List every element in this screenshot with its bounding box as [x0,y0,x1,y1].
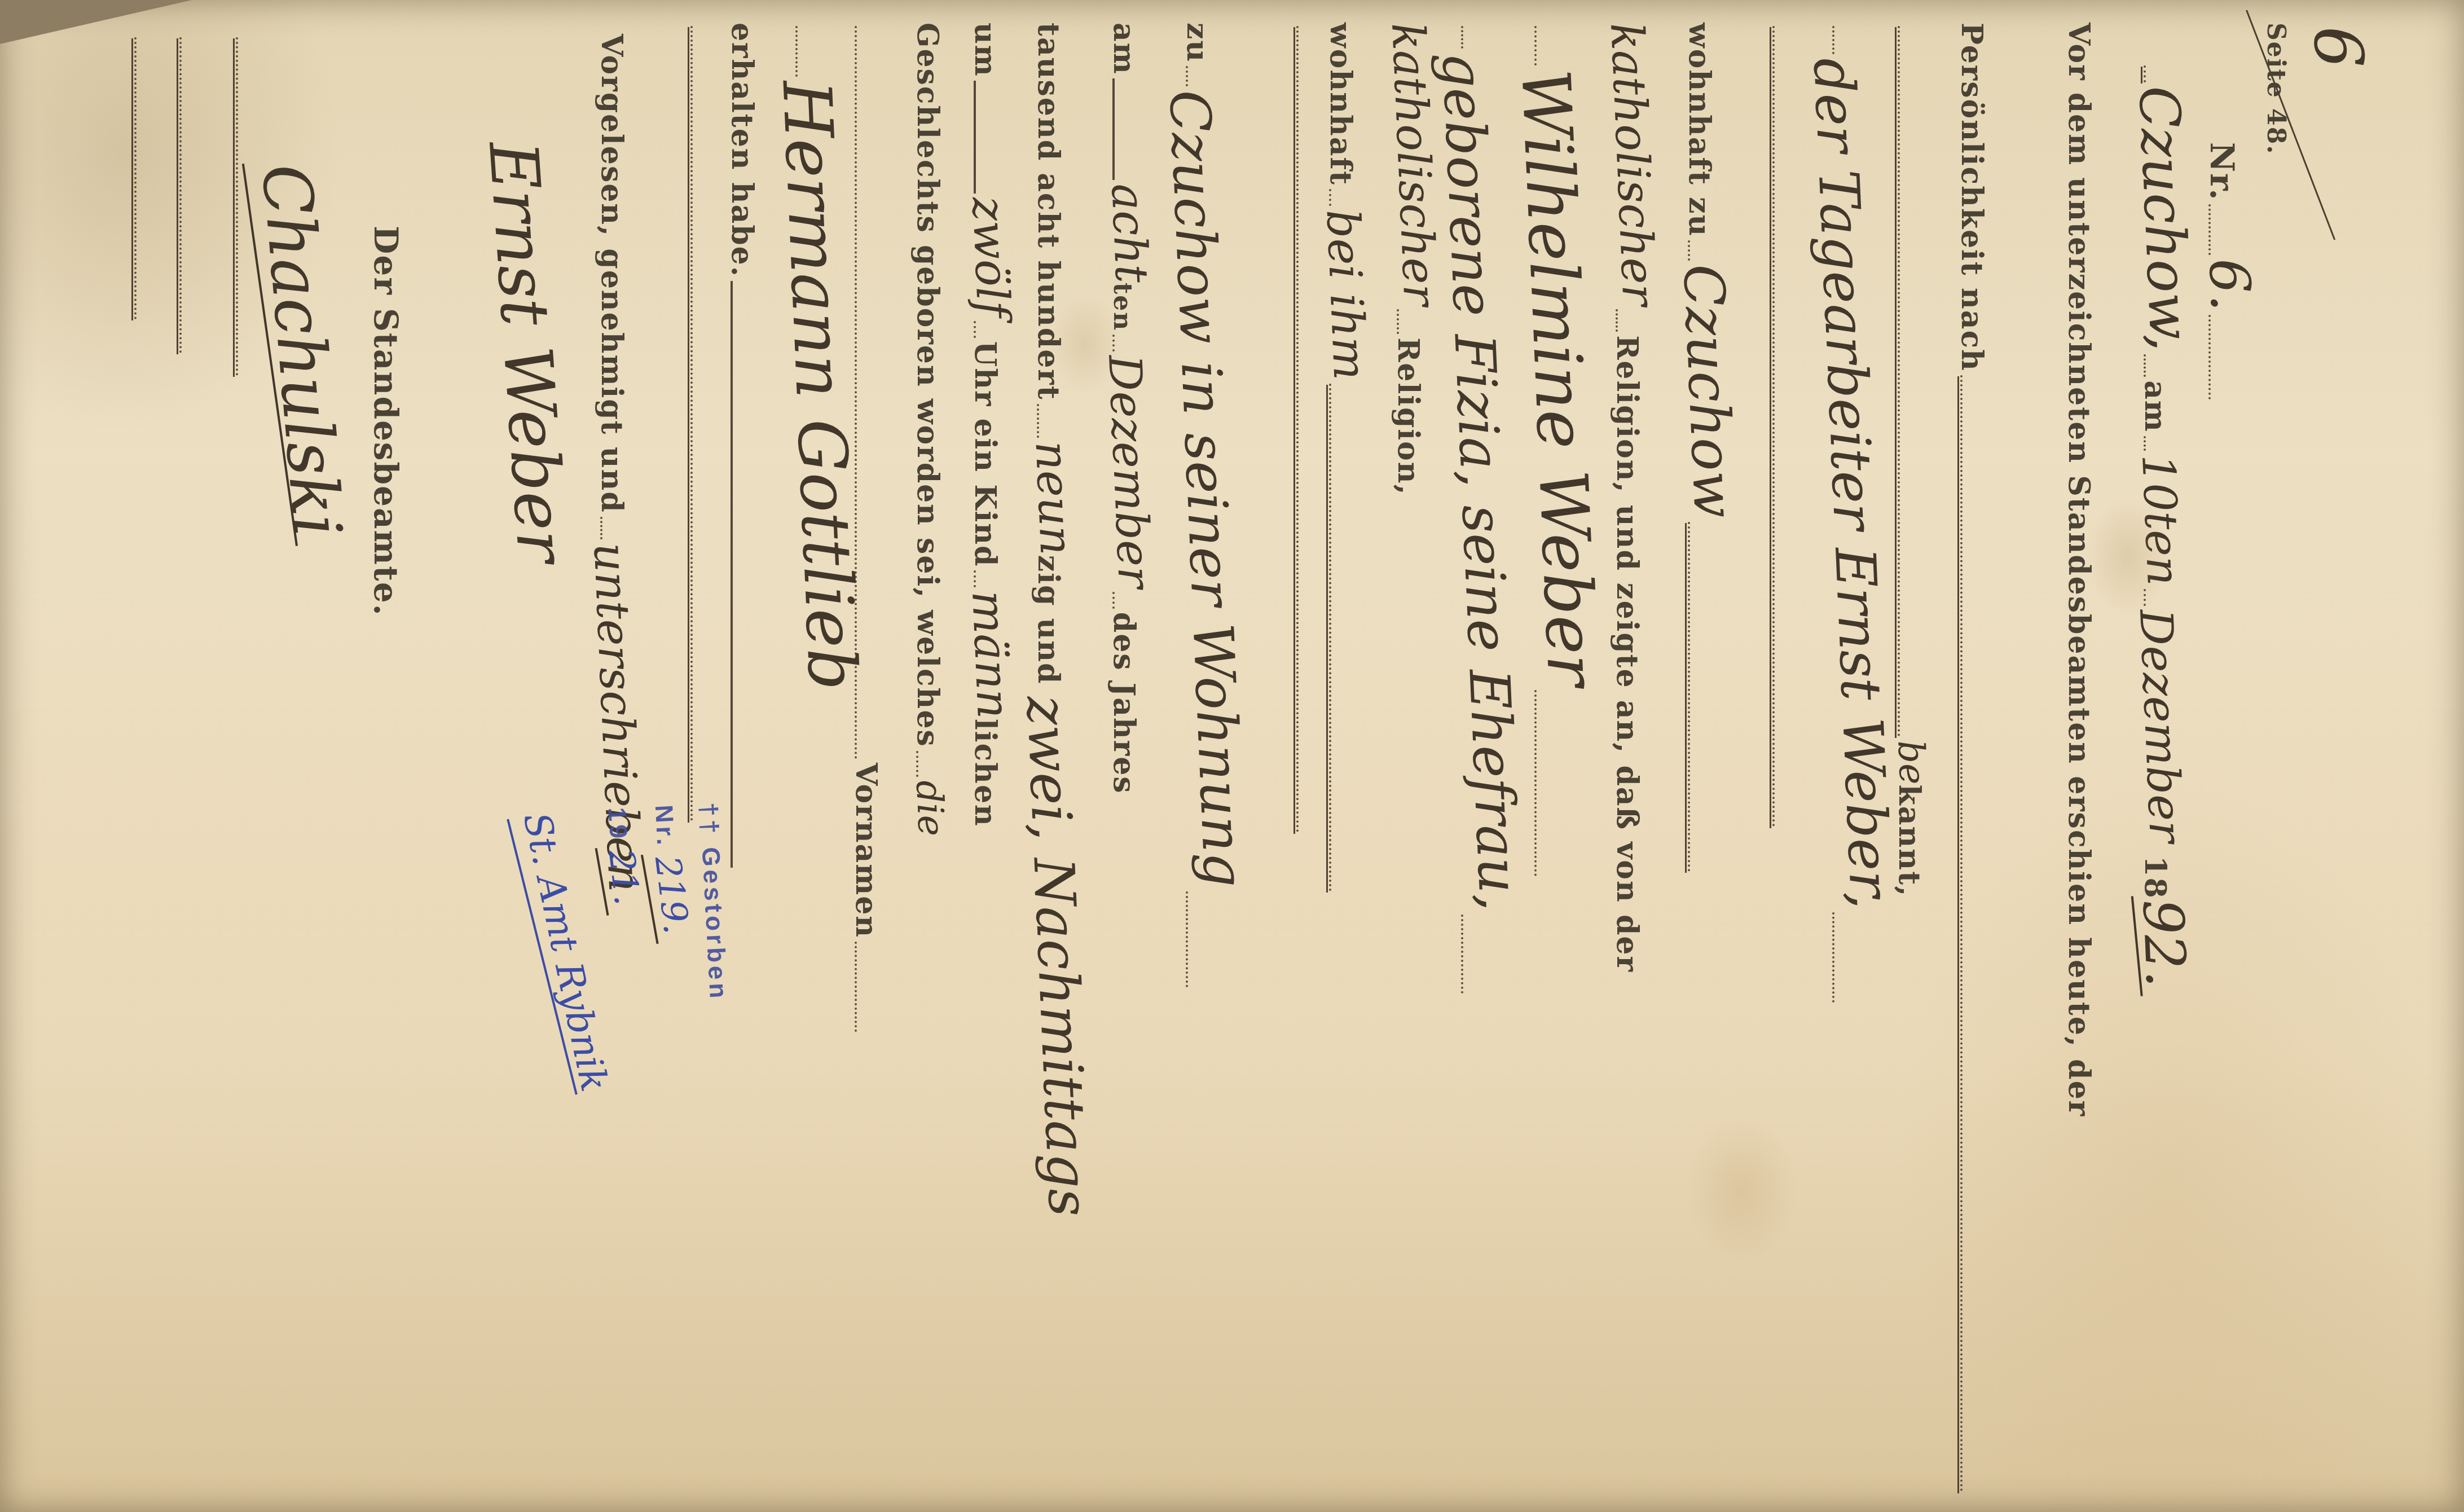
standesbeamte-line: Der Standesbeamte. [367,226,405,617]
stamp-nr-label: Nr. [649,804,680,849]
bekannt-line: be kannt, [1892,23,1927,897]
geschlechts-line: Geschlechts geboren worden sei, welches … [910,23,945,836]
bottom-rule-line-3 [129,34,137,323]
names-rule-lead [795,26,798,77]
beiihm-rule-2 [1329,384,1331,891]
declarant-hw: der Tagearbeiter Ernst Weber, [1808,57,1895,910]
declarant-signature-line: Ernst Weber [498,141,557,562]
desjahres-rule [1112,592,1115,609]
registrar-signature-line: Chachulski [272,164,332,537]
bottom-rule-3 [134,37,137,319]
birthday-hw: acht [1107,182,1152,283]
stamp-year-printed: 19 [602,807,632,842]
date-line: Czuchow, am 10ten Dezember 18 92. [2138,62,2189,987]
religion-line-2: katholischer Religion, [1391,23,1434,496]
intro-line-2: Persönlichkeit nach [1955,23,1989,1496]
tausend-label: tausend acht hundert [1031,23,1066,401]
bekannt-rule [1898,26,1900,737]
bottom-rule-line-2 [174,34,182,357]
birthmonth-hw: Dezember [1104,354,1155,589]
document-page: 6 Seite 48. Nr. 6. Czuchow, am 10ten Dez… [0,0,2464,1512]
geschlechts-label: Geschlechts geboren worden sei, welches [910,23,945,748]
birthmonth-rule [1112,335,1115,351]
hour-line: um zwölf Uhr ein Kind männ lichen [968,23,1011,827]
uhr-rule [974,321,976,338]
bekannt-hw: be [1894,740,1928,785]
religion2-printed: Religion, [1391,337,1425,496]
birthday-rule [1112,78,1115,180]
date-rule-3 [2144,589,2146,606]
nr-value: 6. [2203,258,2255,313]
month-hw: Dezember [2135,608,2186,843]
seite-label: Seite 48. [2261,23,2290,155]
residence-hw: Czuchow [1678,263,1739,520]
am-label: am [2138,380,2172,433]
blank-rule-2 [1296,26,1299,833]
erhalten-rule [731,281,733,868]
bottom-rule-line-1 [230,34,238,379]
nr-label: Nr. [2203,142,2241,201]
declarant-signature: Ernst Weber [483,139,572,564]
paper-stain [1686,1117,1798,1264]
hour-hw: zwölf [967,196,1013,318]
persoenlichkeit-label: Persönlichkeit nach [1955,23,1989,372]
religion1-printed: Religion, und zeigte an, daß von der [1610,335,1644,973]
scanned-register-page: 6 Seite 48. Nr. 6. Czuchow, am 10ten Dez… [0,0,2464,1512]
wohnhaft-bei-line: wohnhaft bei ihm [1323,23,1366,895]
child-names-line: Hermann Gottlieb [790,23,850,691]
article-rule [916,751,918,777]
date-rule-lead [2144,65,2146,82]
stamp-daggers-icon: †† [694,802,724,837]
des-jahres-label: des Jahres [1107,612,1141,794]
seite-line: Seite 48. [2261,23,2290,155]
uhr-ein-kind-label: Uhr ein Kind [968,341,1002,568]
city-hw: Czuchow, [2133,85,2195,352]
zu-label: zu [1180,23,1215,63]
hour-rule [974,81,976,194]
religion2-rule [1397,309,1399,334]
vornamen-rule-2 [855,942,857,1032]
standesbeamte-label: Der Standesbeamte. [367,226,405,617]
bottom-rule-1 [236,37,238,376]
stamp-year-value: 21. [601,847,648,907]
intro-text-1: Vor dem unterzeichneten Standesbeamten e… [2062,23,2096,1117]
residence-rule-2 [1688,522,1690,872]
ten-label: ten [1108,283,1137,331]
decade-hw: neun [1031,440,1077,556]
lichen-label: lichen [968,719,1002,827]
blank-line-2 [1291,23,1299,836]
birthplace-hw: Czuchow in seiner Wohnung [1164,89,1248,889]
nr-rule-tail [2208,315,2211,399]
declarant-rule-tail [1832,912,1834,1003]
corner-number-block: 6 [2308,26,2368,68]
residence-rule-1 [1688,240,1690,261]
nr-rule [2208,204,2211,255]
religion2-hw: katholischer [1387,22,1440,307]
birthplace-rule-2 [1186,891,1188,987]
blank-rule-1 [1772,26,1775,827]
declarant-line: der Tagearbeiter Ernst Weber, [1827,23,1876,1006]
religion1-hw: katholischer [1606,22,1659,307]
bei-ihm-hw: bei ihm [1322,209,1370,381]
residence-line: wohnhaft zu Czuchow [1682,23,1733,875]
wife-born-rule-tail [1461,915,1463,994]
erhalten-line: erhalten habe. [725,23,759,871]
birthdate-line: am acht ten Dezember des Jahres [1107,23,1150,794]
religion-line-1: katholischer Religion, und zeigte an, da… [1610,23,1653,973]
unterschrieben-rule [600,517,602,539]
gestorben-stamp: †† Gestorben Nr. 219. 19 21. St. Amt Ryb… [527,802,737,1095]
am2-label: am [1107,23,1141,75]
year-printed: 18 [2138,856,2172,899]
year-hw: 92. [2137,898,2190,988]
religion1-rule [1616,309,1618,332]
blank-line-3 [685,23,693,825]
beiihm-rule-1 [1329,189,1331,206]
vorgelesen-label: Vorgelesen, genehmigt und [595,34,629,513]
persoenlichkeit-rule [1960,375,1963,1492]
wife-name-hw: Wilhelmine Weber [1515,68,1602,687]
unit-hw: zwei, Nachmittags [1021,695,1093,1218]
bottom-rule-2 [179,37,182,353]
corner-number: 6 [2307,25,2369,70]
year-line: tausend acht hundert neun zig und zwei, … [1031,23,1082,1217]
decade-rule [1037,404,1039,438]
stamp-nr-value: 219. [647,854,697,936]
gender-rule [974,570,976,587]
wife-rule-lead [1534,26,1537,65]
birthplace-line: zu Czuchow in seiner Wohnung [1180,23,1231,991]
day-hw: 10ten [2137,453,2184,586]
erhalten-label: erhalten habe. [725,23,759,278]
nr-line: Nr. 6. [2203,142,2254,403]
blank-line-1 [1767,23,1775,830]
gender-hw: männ [967,590,1014,720]
wohnhaft-zu-label: wohnhaft zu [1682,23,1717,237]
article-hw: die [912,780,947,837]
vorgelesen-line: Vorgelesen, genehmigt und unterschrieben [595,34,637,892]
page-corner-fold [0,0,192,44]
um-label: um [968,23,1002,77]
zig-und-label: zig und [1031,555,1066,685]
wife-rule-tail [1534,690,1537,876]
vornamen-label: Vornamen [849,763,883,938]
date-rule-2 [2144,436,2146,451]
intro-line-1: Vor dem unterzeichneten Standesbeamten e… [2062,23,2096,1117]
wife-born-line: geborene Fizia, seine Ehefrau, [1455,23,1505,997]
birthplace-rule-1 [1186,66,1188,86]
wife-born-rule-lead [1461,26,1463,49]
date-rule-1 [2144,354,2146,377]
declarant-rule-lead [1832,26,1834,54]
wife-name-line: Wilhelmine Weber [1529,23,1589,880]
blank-rule-3 [690,26,693,821]
registrar-signature: Chachulski [256,162,348,539]
wohnhaft2-label: wohnhaft [1323,23,1358,186]
